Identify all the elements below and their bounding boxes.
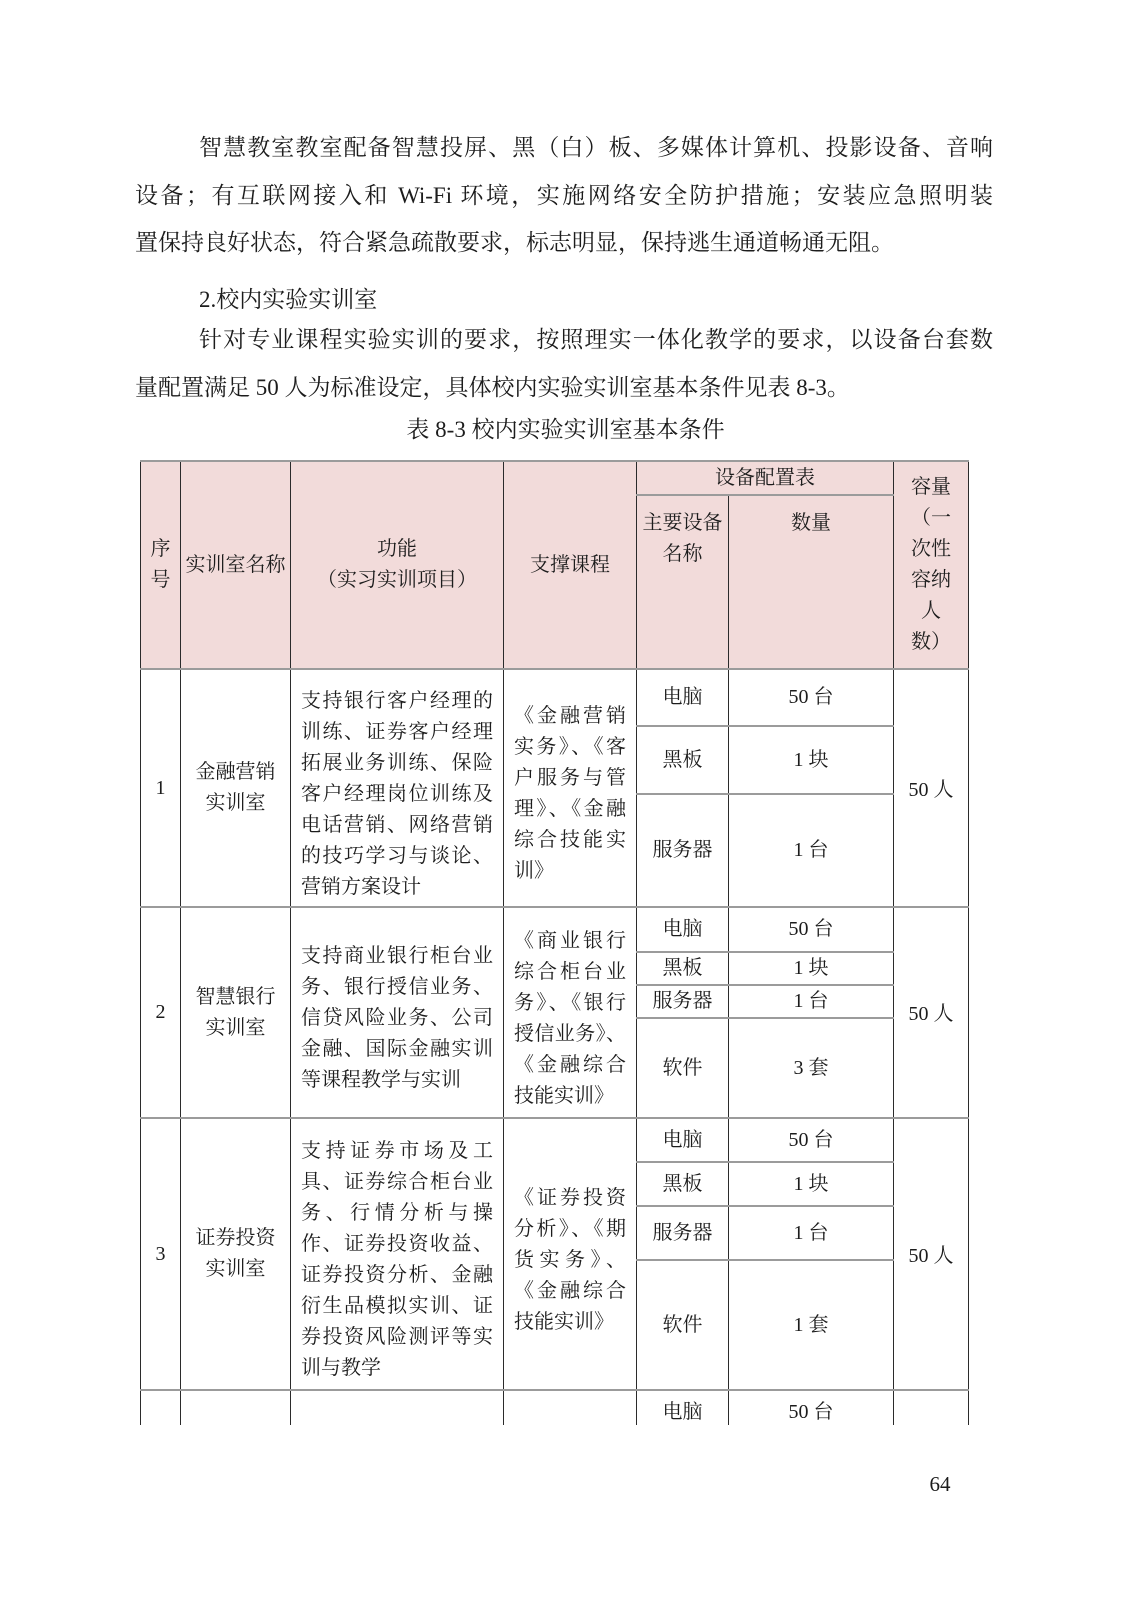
cell-equipment-name: 电脑 bbox=[637, 669, 729, 726]
paragraph-smart-classroom: 智慧教室教室配备智慧投屏、黑（白）板、多媒体计算机、投影设备、音响 设备；有互联… bbox=[135, 124, 993, 267]
header-courses: 支撑课程 bbox=[504, 461, 637, 669]
header-function: 功能 （实习实训项目） bbox=[291, 461, 504, 669]
cell-equipment-name: 黑板 bbox=[637, 952, 729, 985]
table-row: 2 智慧银行实训室 支持商业银行柜台业务、银行授信业务、信贷风险业务、公司金融、… bbox=[141, 907, 969, 952]
cell-equipment-name: 黑板 bbox=[637, 726, 729, 794]
cell-function: 支持商业银行柜台业务、银行授信业务、信贷风险业务、公司金融、国际金融实训等课程教… bbox=[291, 907, 504, 1118]
cell-equipment-name: 服务器 bbox=[637, 1206, 729, 1260]
cell-capacity: 50 人 bbox=[894, 669, 969, 907]
paragraph-line: 置保持良好状态，符合紧急疏散要求，标志明显，保持逃生通道畅通无阻。 bbox=[135, 219, 993, 267]
paragraph-training-room-intro: 针对专业课程实验实训的要求，按照理实一体化教学的要求，以设备台套数 量配置满足 … bbox=[135, 316, 993, 411]
cell-courses: 《证券投资分析》、《期货实务》、《金融综合技能实训》 bbox=[504, 1118, 637, 1390]
cell-equipment-name: 服务器 bbox=[637, 985, 729, 1018]
cell-courses: 《金融营销实务》、《客户服务与管理》、《金融综合技能实训》 bbox=[504, 669, 637, 907]
header-quantity: 数量 bbox=[729, 495, 894, 669]
page-number: 64 bbox=[900, 1472, 980, 1497]
table-caption: 表 8-3 校内实验实训室基本条件 bbox=[0, 406, 1131, 454]
paragraph-line: 针对专业课程实验实训的要求，按照理实一体化教学的要求，以设备台套数 bbox=[135, 316, 993, 364]
cell-room-name: 智慧银行实训室 bbox=[181, 907, 291, 1118]
cell-equipment-name: 黑板 bbox=[637, 1162, 729, 1206]
paragraph-line: 量配置满足 50 人为标准设定，具体校内实验实训室基本条件见表 8-3。 bbox=[135, 364, 993, 412]
cell-equipment-qty: 50 台 bbox=[729, 907, 894, 952]
cell-function: 支持个人理财、公司 bbox=[291, 1390, 504, 1425]
header-capacity-line: 次性 bbox=[894, 534, 968, 565]
header-function-line: 功能 bbox=[291, 534, 503, 565]
paragraph-line: 智慧教室教室配备智慧投屏、黑（白）板、多媒体计算机、投影设备、音响 bbox=[135, 124, 993, 172]
cell-equipment-qty: 1 台 bbox=[729, 1206, 894, 1260]
training-room-table: 序号 实训室名称 功能 （实习实训项目） 支撑课程 设备配置表 容量 （一 次性… bbox=[140, 460, 969, 1425]
cell-equipment-qty: 3 套 bbox=[729, 1018, 894, 1118]
cell-function: 支持证券市场及工具、证券综合柜台业务、行情分析与操作、证券投资收益、证券投资分析… bbox=[291, 1118, 504, 1390]
cell-room-name bbox=[181, 1390, 291, 1425]
paragraph-line: 设备；有互联网接入和 Wi-Fi 环境，实施网络安全防护措施；安装应急照明装 bbox=[135, 172, 993, 220]
cell-courses: 《商业银行综合柜台业务》、《银行授信业务》、《金融综合技能实训》 bbox=[504, 907, 637, 1118]
cell-equipment-qty: 50 台 bbox=[729, 1118, 894, 1162]
header-room-name: 实训室名称 bbox=[181, 461, 291, 669]
table-row: 1 金融营销实训室 支持银行客户经理的训练、证券客户经理拓展业务训练、保险客户经… bbox=[141, 669, 969, 726]
header-capacity-line: 容量 bbox=[894, 472, 968, 503]
cell-room-name: 证券投资实训室 bbox=[181, 1118, 291, 1390]
cell-equipment-qty: 1 块 bbox=[729, 952, 894, 985]
cell-seq: 2 bbox=[141, 907, 181, 1118]
cell-room-name: 金融营销实训室 bbox=[181, 669, 291, 907]
header-seq: 序号 bbox=[141, 461, 181, 669]
cell-equipment-qty: 1 块 bbox=[729, 726, 894, 794]
cell-capacity: 50 人 bbox=[894, 907, 969, 1118]
cell-equipment-qty: 1 块 bbox=[729, 1162, 894, 1206]
cell-equipment-qty: 50 台 bbox=[729, 669, 894, 726]
cell-equipment-name: 电脑 bbox=[637, 1390, 729, 1425]
cell-function: 支持银行客户经理的训练、证券客户经理拓展业务训练、保险客户经理岗位训练及电话营销… bbox=[291, 669, 504, 907]
cell-equipment-name: 服务器 bbox=[637, 794, 729, 907]
header-equipment-group: 设备配置表 bbox=[637, 461, 894, 495]
cell-equipment-name: 软件 bbox=[637, 1260, 729, 1390]
header-capacity-line: 人 bbox=[894, 596, 968, 627]
cell-equipment-qty: 50 台 bbox=[729, 1390, 894, 1425]
cell-equipment-name: 软件 bbox=[637, 1018, 729, 1118]
header-capacity: 容量 （一 次性 容纳 人 数） bbox=[894, 461, 969, 669]
cell-equipment-qty: 1 套 bbox=[729, 1260, 894, 1390]
header-capacity-line: 容纳 bbox=[894, 565, 968, 596]
cell-seq: 3 bbox=[141, 1118, 181, 1390]
table-8-3-region: 序号 实训室名称 功能 （实习实训项目） 支撑课程 设备配置表 容量 （一 次性… bbox=[139, 459, 975, 1425]
cell-equipment-qty: 1 台 bbox=[729, 985, 894, 1018]
cell-courses: 《个人理 bbox=[504, 1390, 637, 1425]
header-equipment-name: 主要设备名称 bbox=[637, 495, 729, 669]
header-function-line: （实习实训项目） bbox=[291, 565, 503, 596]
header-capacity-line: 数） bbox=[894, 627, 968, 658]
header-capacity-line: （一 bbox=[894, 503, 968, 534]
cell-equipment-name: 电脑 bbox=[637, 907, 729, 952]
document-page: 智慧教室教室配备智慧投屏、黑（白）板、多媒体计算机、投影设备、音响 设备；有互联… bbox=[0, 0, 1131, 1600]
cell-capacity: 50 人 bbox=[894, 1118, 969, 1390]
cell-seq bbox=[141, 1390, 181, 1425]
cell-seq: 1 bbox=[141, 669, 181, 907]
cell-equipment-name: 电脑 bbox=[637, 1118, 729, 1162]
table-row: 支持个人理财、公司 《个人理 电脑 50 台 50 人 bbox=[141, 1390, 969, 1425]
cell-equipment-qty: 1 台 bbox=[729, 794, 894, 907]
table-row: 3 证券投资实训室 支持证券市场及工具、证券综合柜台业务、行情分析与操作、证券投… bbox=[141, 1118, 969, 1162]
cell-capacity: 50 人 bbox=[894, 1390, 969, 1425]
